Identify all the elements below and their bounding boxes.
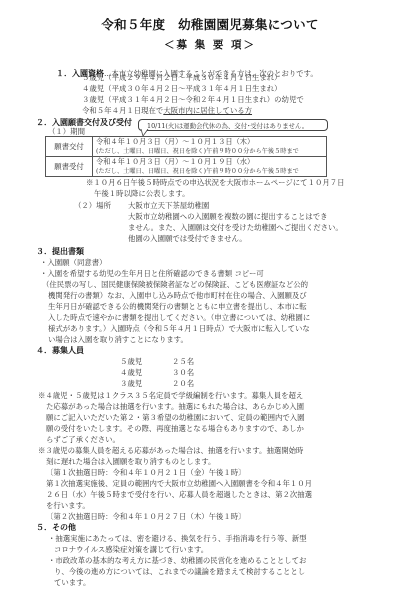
capacity-age-4: ４歳児 xyxy=(120,367,142,378)
residency-prefix: 令和５年４月１日現在で xyxy=(82,106,163,115)
schedule-table: 願書交付 令和４年１０月３日（月）～１０月１３日（木） (ただし、土曜日、日曜日… xyxy=(45,136,327,177)
lottery2-datetime: 〔第２次抽選日時：令和４年１０月２７日（木）午後１時〕 xyxy=(46,511,246,522)
capacity-count-3: ２０名 xyxy=(172,378,194,389)
documents-detail-4: 入した時点で速やかに書類を提出してください。（申立書については、幼稚園に xyxy=(48,312,310,323)
page-title: 令和５年度 幼稚園園児募集について xyxy=(0,15,420,33)
documents-detail-5: 様式があります。）入園時点（令和５年４月１日時点）で大阪市に転入していな xyxy=(48,323,310,334)
capacity-note1-line5: らずご了承ください。 xyxy=(46,434,120,445)
lottery1-followup-2: ２６日（水）午後５時まで受付を行い、応募人員を超過したときは、第２次抽選 xyxy=(46,489,312,500)
capacity-note1-line4: 願の受付をいたします。その際、再度抽選となる場合もありますので、あしか xyxy=(46,423,304,434)
lottery1-followup-1: 第１次抽選実施後、定員の範囲内で大阪市立幼稚園へ入園願書を令和４年１０月 xyxy=(46,478,312,489)
capacity-note1-line3: 願にご記入いただいた第２・第３希望の幼稚園において、定員の範囲内で入園 xyxy=(46,412,305,423)
document-page: 令和５年度 幼稚園園児募集について ＜募 集 要 項＞ １．入園資格…本市立幼稚… xyxy=(0,0,420,593)
capacity-age-5: ５歳児 xyxy=(120,356,142,367)
residency-requirement: 令和５年４月１日現在で大阪市内に居住している方 xyxy=(82,105,252,116)
residency-underlined: 大阪市内に居住している方 xyxy=(163,106,252,115)
eligibility-5yo: ５歳児（平成２９年４月２日～平成３０年４月１日生まれ） xyxy=(82,72,282,83)
lottery1-followup-3: を行います。 xyxy=(46,500,90,511)
documents-detail-2: 機関発行の書類）なお、入園申し込み時点で他市町村在住の場合、入園願及び xyxy=(48,290,307,301)
schedule-dates-accept: 令和４年１０月３日（月）～１０月１９日（水） xyxy=(96,157,323,167)
publication-notice-1: ※１０月６日午後５時時点での申込状況を大阪市ホームページにて１０月７日 xyxy=(86,177,345,188)
schedule-cell-issue: 令和４年１０月３日（月）～１０月１３日（木） (ただし、土曜日、日曜日、祝日を除… xyxy=(93,137,327,157)
publication-notice-2: 午後１時以降に公表します。 xyxy=(94,188,190,199)
capacity-note1-line2: た応募があった場合は抽選を行います。抽選にもれた場合は、あらかじめ入園 xyxy=(46,401,304,412)
schedule-cell-accept: 令和４年１０月３日（月）～１０月１９日（水） (ただし、土曜日、日曜日、祝日を除… xyxy=(93,157,327,177)
documents-detail-6: い場合は入園を取り消すことになります。 xyxy=(48,334,188,345)
section5-heading: ５．その他 xyxy=(36,522,76,533)
place-note-1: 大阪市立幼稚園への入園願を複数の園に提出することはでき xyxy=(128,211,328,222)
place-note-2: ません。また、入園願は交付を受けた幼稚園へご提出ください。 xyxy=(128,222,343,233)
table-row: 願書受付 令和４年１０月３日（月）～１０月１９日（水） (ただし、土曜日、日曜日… xyxy=(46,157,327,177)
capacity-count-4: ３０名 xyxy=(172,367,194,378)
schedule-label-issue: 願書交付 xyxy=(46,137,93,157)
eligibility-4yo: ４歳児（平成３０年４月２日～平成３１年４月１日生まれ） xyxy=(82,83,282,94)
place-name: 大阪市立天下茶屋幼稚園 xyxy=(128,200,209,211)
table-row: 願書交付 令和４年１０月３日（月）～１０月１３日（木） (ただし、土曜日、日曜日… xyxy=(46,137,327,157)
page-subtitle: ＜募 集 要 項＞ xyxy=(0,37,420,52)
capacity-age-3: ３歳児 xyxy=(120,378,142,389)
documents-bullet-1: ・入園願（同意書） xyxy=(40,257,107,268)
other-bullet2-line2: り、今後の進め方については、これまでの議論を踏まえて検討することとし xyxy=(54,566,305,577)
lottery1-datetime: 〔第１次抽選日時：令和４年１０月２１日（金）午後１時〕 xyxy=(46,467,246,478)
documents-detail-3: 生年月日が確認できる公的機関発行の書類とともに申立書を提出し、本市に転 xyxy=(48,301,307,312)
documents-detail-1: （住民票の写し、国民健康保険被保険者証などの保険証、こども医療証など公的 xyxy=(42,279,308,290)
section4-heading: ４．募集人員 xyxy=(36,345,84,356)
schedule-note-accept: (ただし、土曜日、日曜日、祝日を除く)午前９時００分から午後５時まで xyxy=(96,167,323,176)
callout-notice: 10/11(火)は運動会代休の為、交付･受付はありません。 xyxy=(138,119,328,131)
other-bullet2-line3: ています。 xyxy=(54,577,90,588)
capacity-note2-line1: ※３歳児の募集人員を超える応募があった場合は、抽選を行います。抽選開始時 xyxy=(38,445,303,456)
place-label: （２）場所 xyxy=(74,200,111,211)
eligibility-3yo: ３歳児（平成３１年４月２日～令和２年４月１日生まれ）の幼児で xyxy=(82,94,304,105)
other-bullet1-line2: コロナウイルス感染症対策を講じて行います。 xyxy=(54,544,208,555)
documents-bullet-2: ・入園を希望する幼児の生年月日と住所確認のできる書類 コピー可 xyxy=(40,268,264,279)
schedule-dates-issue: 令和４年１０月３日（月）～１０月１３日（木） xyxy=(96,137,323,147)
capacity-note2-line2: 刻に遅れた場合は入園願を取り消すものとします。 xyxy=(46,456,215,467)
section3-heading: ３．提出書類 xyxy=(36,246,84,257)
other-bullet1-line1: ・抽選実施にあたっては、密を避ける、換気を行う、手指消毒を行う等、新型 xyxy=(48,533,307,544)
place-note-3: 他園の入園願では受付できません。 xyxy=(128,233,247,244)
schedule-label-accept: 願書受付 xyxy=(46,157,93,177)
capacity-count-5: ２５名 xyxy=(172,356,194,367)
other-bullet2-line1: ・市政改革の基本的な考え方に基づき、幼稚園の民営化を進めることとしてお xyxy=(48,555,306,566)
capacity-note1-line1: ※４歳児・５歳児は１クラス３５名定員で学級編制を行います。募集人員を超え xyxy=(38,390,303,401)
schedule-note-issue: (ただし、土曜日、日曜日、祝日を除く)午前９時００分から午後５時まで xyxy=(96,147,323,156)
